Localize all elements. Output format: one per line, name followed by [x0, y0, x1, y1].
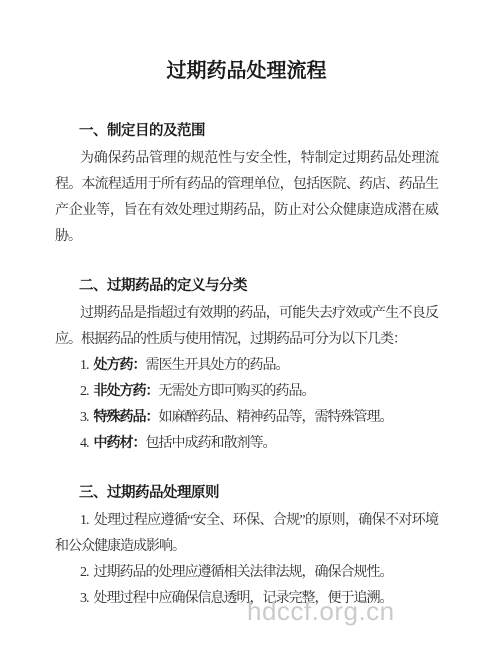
watermark: hdccf.org.cn — [247, 596, 395, 626]
list-item-number: 3. — [80, 410, 94, 425]
document-page: 过期药品处理流程 一、制定目的及范围 为确保药品管理的规范性与安全性，特制定过期… — [0, 0, 500, 647]
list-item-number: 3. — [80, 591, 94, 606]
principle-item: 2.过期药品的处理应遵循相关法律法规，确保合规性。 — [55, 560, 438, 586]
list-item-term: 处方药： — [94, 358, 146, 373]
section-definition-classification: 二、过期药品的定义与分类 过期药品是指超过有效期的药品，可能失去疗效或产生不良反… — [55, 275, 438, 457]
drug-category-item: 4.中药材：包括中成药和散剂等。 — [55, 431, 438, 457]
list-item-text: 无需处方即可购买的药品。 — [159, 384, 315, 399]
list-item-term: 中药材： — [94, 436, 146, 451]
list-item-text: 如麻醉药品、精神药品等，需特殊管理。 — [159, 410, 393, 425]
list-item-text: 包括中成药和散剂等。 — [146, 436, 276, 451]
list-item-number: 1. — [80, 358, 94, 373]
section-handling-principles-heading: 三、过期药品处理原则 — [55, 482, 438, 504]
list-item-term: 特殊药品： — [94, 410, 159, 425]
section-purpose-scope: 一、制定目的及范围 为确保药品管理的规范性与安全性，特制定过期药品处理流程。本流… — [55, 120, 438, 250]
list-item-text: 处理过程应遵循“安全、环保、合规”的原则，确保不对环境和公众健康造成影响。 — [55, 513, 438, 554]
section-purpose-scope-paragraph: 为确保药品管理的规范性与安全性，特制定过期药品处理流程。本流程适用于所有药品的管… — [55, 146, 438, 250]
section-handling-principles: 三、过期药品处理原则 1.处理过程应遵循“安全、环保、合规”的原则，确保不对环境… — [55, 482, 438, 612]
list-item-text: 需医生开具处方的药品。 — [146, 358, 289, 373]
page-title: 过期药品处理流程 — [55, 56, 438, 86]
list-item-number: 2. — [80, 384, 94, 399]
drug-category-item: 2.非处方药：无需处方即可购买的药品。 — [55, 379, 438, 405]
drug-category-item: 3.特殊药品：如麻醉药品、精神药品等，需特殊管理。 — [55, 405, 438, 431]
drug-category-item: 1.处方药：需医生开具处方的药品。 — [55, 353, 438, 379]
list-item-number: 2. — [80, 565, 94, 580]
list-item-term: 非处方药： — [94, 384, 159, 399]
list-item-number: 4. — [80, 436, 94, 451]
section-definition-classification-heading: 二、过期药品的定义与分类 — [55, 275, 438, 297]
principle-item: 1.处理过程应遵循“安全、环保、合规”的原则，确保不对环境和公众健康造成影响。 — [55, 508, 438, 560]
list-item-text: 过期药品的处理应遵循相关法律法规，确保合规性。 — [94, 565, 393, 580]
section-purpose-scope-heading: 一、制定目的及范围 — [55, 120, 438, 142]
list-item-number: 1. — [80, 513, 94, 528]
section-definition-classification-paragraph: 过期药品是指超过有效期的药品，可能失去疗效或产生不良反应。根据药品的性质与使用情… — [55, 301, 438, 353]
